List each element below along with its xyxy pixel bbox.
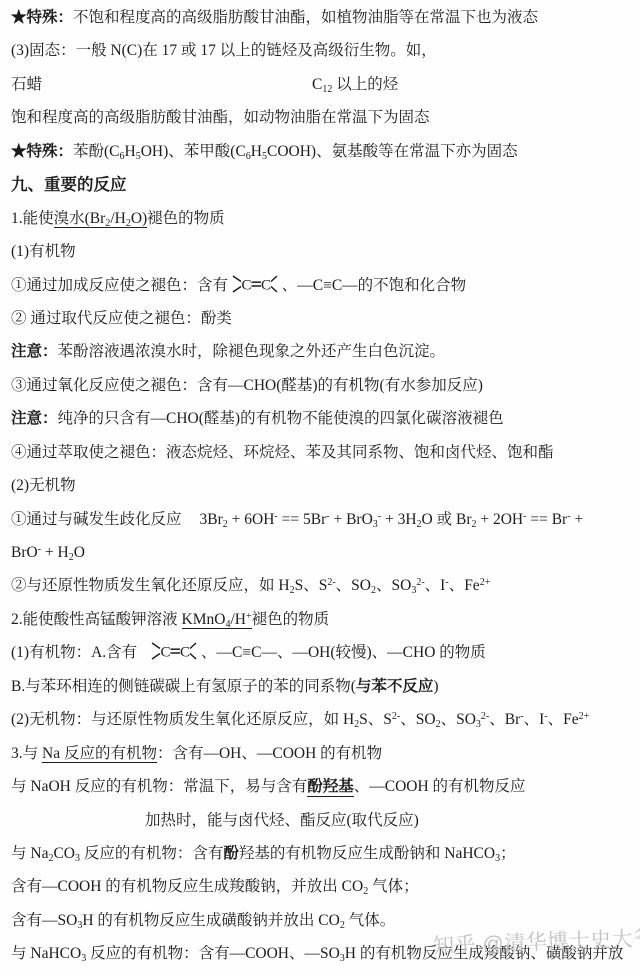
doc-line: 1.能使溴水(Br2/H2O)褪色的物质 [11, 202, 636, 235]
text-segment: 2+ [480, 577, 491, 588]
underlined-text: Na 反应的有机物 [42, 745, 157, 764]
text-segment: 2- [416, 577, 424, 588]
text-segment: + BrO [330, 511, 373, 528]
text-segment: 、Fe [449, 577, 480, 594]
doc-line: (2)无机物：与还原性物质发生氧化还原反应，如 H2S、S2-、SO2、SO32… [11, 703, 636, 736]
text-segment: /H [230, 611, 246, 628]
doc-line: B.与苯环相连的侧链碳碳上有氢原子的苯的同系物(与苯不反应) [11, 670, 636, 703]
text-segment: 苯酚(C [73, 143, 120, 160]
text-segment: 注意： [11, 343, 58, 360]
text-segment: + 6OH [228, 511, 275, 528]
text-segment: == Br [526, 511, 567, 528]
text-segment: /H [110, 210, 126, 227]
spacer [42, 88, 312, 89]
text-segment: ③通过氧化反应使之褪色：含有—CHO(醛基)的有机物(有水参加反应) [11, 377, 483, 394]
doc-line: ④通过萃取使之褪色：液态烷烃、环烷烃、苯及其同系物、饱和卤代烃、饱和酯 [11, 436, 636, 469]
text-segment: (1)有机物：A.含有 [11, 644, 137, 661]
text-segment: (2)无机物：与还原性物质发生氧化还原反应，如 H [11, 711, 354, 728]
doc-line: 注意：苯酚溶液遇浓溴水时，除褪色现象之外还产生白色沉淀。 [11, 335, 636, 368]
text-segment: 九、重要的反应 [11, 175, 127, 194]
text-segment: 气体。 [345, 912, 395, 929]
doc-line: ①通过加成反应使之褪色：含有 CC 、—C≡C—的不饱和化合物 [11, 269, 636, 302]
document-page: ★特殊：不饱和程度高的高级脂肪酸甘油酯，如植物油脂等在常温下也为液态(3)固态：… [0, 0, 640, 976]
text-segment: 、SO [400, 711, 435, 728]
doc-line: 含有—SO3H 的有机物反应生成磺酸钠并放出 CO2 气体。 [11, 904, 636, 937]
document-content: ★特殊：不饱和程度高的高级脂肪酸甘油酯，如植物油脂等在常温下也为液态(3)固态：… [11, 1, 636, 971]
text-segment: ②与还原性物质发生氧化还原反应，如 H [11, 577, 290, 594]
text-segment: ①通过与碱发生歧化反应 [11, 511, 182, 528]
text-segment: + [571, 511, 584, 528]
text-segment: 加热时，能与卤代烃、酯反应(取代反应) [145, 812, 419, 829]
text-segment: CO [53, 845, 75, 862]
text-segment: H 的有机物反应生成磺酸钠并放出 CO [82, 912, 339, 929]
doc-line: 加热时，能与卤代烃、酯反应(取代反应) [11, 804, 636, 837]
text-segment: 与 NaOH 反应的有机物：常温下，易与含有 [11, 778, 307, 795]
spacer [182, 523, 200, 524]
svg-text:C: C [241, 277, 251, 293]
text-segment: ) [433, 678, 438, 695]
text-segment: ★特殊： [11, 143, 73, 160]
doc-line: 石蜡C12 以上的烃 [11, 68, 636, 101]
text-segment: O) [131, 210, 147, 227]
doc-line: (1)有机物 [11, 235, 636, 268]
text-segment: COOH)、氨基酸等在常温下亦为固态 [267, 143, 518, 160]
doc-line: 与 NaHCO3 反应的有机物：含有—COOH、—SO3H 的有机物反应生成羧酸… [11, 937, 636, 970]
doc-line: 含有—COOH 的有机物反应生成羧酸钠，并放出 CO2 气体； [11, 870, 636, 903]
text-segment: 气体； [368, 878, 418, 895]
text-segment: H 的有机物反应生成羧酸钠、磺酸钠并放 [345, 945, 624, 962]
text-segment: 饱和程度高的高级脂肪酸甘油酯，如动物油脂在常温下为固态 [11, 109, 430, 126]
text-segment: ①通过加成反应使之褪色：含有 [11, 277, 232, 294]
text-segment: ④通过萃取使之褪色：液态烷烃、环烷烃、苯及其同系物、饱和卤代烃、饱和酯 [11, 444, 554, 461]
text-segment: 羟基的有机物反应生成酚钠和 NaHCO [239, 845, 495, 862]
text-segment: (3)固态：一般 N(C)在 17 或 17 以上的链烃及高级衍生物。如， [11, 42, 437, 59]
text-segment: 2+ [579, 711, 590, 722]
svg-text:C: C [180, 645, 190, 661]
text-segment: 12 [322, 84, 332, 95]
text-segment: 、SO [441, 711, 476, 728]
text-segment: + H [41, 544, 69, 561]
text-segment: 3.与 [11, 745, 42, 762]
doc-line: (1)有机物：A.含有CC 、—C≡C—、—OH(较慢)、—CHO 的物质 [11, 636, 636, 669]
text-segment: 2- [481, 711, 489, 722]
text-segment: ② 通过取代反应使之褪色：酚类 [11, 310, 232, 327]
text-segment: 褪色的物质 [252, 611, 330, 628]
section-heading: 九、重要的反应 [11, 168, 636, 201]
doc-line: BrO- + H2O [11, 536, 636, 569]
svg-text:C: C [161, 645, 171, 661]
doc-line: (2)无机物 [11, 469, 636, 502]
doc-line: ★特殊：苯酚(C6H5OH)、苯甲酸(C6H5COOH)、氨基酸等在常温下亦为固… [11, 135, 636, 168]
text-segment: 注意： [11, 410, 58, 427]
text-segment: 、I [524, 711, 545, 728]
text-segment: 纯净的只含有—CHO(醛基)的有机物不能使溴的四氯化碳溶液褪色 [58, 410, 504, 427]
text-segment: 、SO [376, 577, 411, 594]
doc-line: ②与还原性物质发生氧化还原反应，如 H2S、S2-、SO2、SO32-、I-、F… [11, 569, 636, 602]
doc-line: ③通过氧化反应使之褪色：含有—CHO(醛基)的有机物(有水参加反应) [11, 369, 636, 402]
text-segment: S、S [295, 577, 328, 594]
text-segment: + 3H [381, 511, 416, 528]
doc-line: 饱和程度高的高级脂肪酸甘油酯，如动物油脂在常温下为固态 [11, 101, 636, 134]
doc-line: ①通过与碱发生歧化反应3Br2 + 6OH- == 5Br- + BrO3- +… [11, 503, 636, 536]
doc-line: 3.与 Na 反应的有机物：含有—OH、—COOH 的有机物 [11, 737, 636, 770]
text-segment: 、SO [336, 577, 371, 594]
alkene-structure-icon: CC [151, 640, 197, 662]
underlined-text: KMnO4/H+ [182, 611, 252, 630]
svg-text:C: C [261, 277, 271, 293]
text-segment: BrO [11, 544, 38, 561]
text-segment: 、I [425, 577, 446, 594]
text-segment: == 5Br [278, 511, 326, 528]
text-segment: C [312, 76, 322, 93]
text-segment: 反应的有机物：含有 [80, 845, 223, 862]
text-segment: 不饱和程度高的高级脂肪酸甘油酯，如植物油脂等在常温下也为液态 [73, 9, 538, 26]
text-segment: 酚 [223, 845, 239, 862]
text-segment: 与苯不反应 [356, 678, 434, 695]
text-segment: 与 NaHCO [11, 945, 81, 962]
text-segment: ； [500, 845, 516, 862]
text-segment: 2- [392, 711, 400, 722]
text-segment: OH)、苯甲酸(C [141, 143, 246, 160]
alkene-structure-icon: CC [232, 273, 278, 295]
text-segment: KMnO [182, 611, 226, 628]
text-segment: 含有—SO [11, 912, 77, 929]
doc-line: (3)固态：一般 N(C)在 17 或 17 以上的链烃及高级衍生物。如， [11, 34, 636, 67]
doc-line: 与 Na2CO3 反应的有机物：含有酚羟基的有机物反应生成酚钠和 NaHCO3； [11, 837, 636, 870]
text-segment: 与 Na [11, 845, 48, 862]
text-segment: 、—C≡C—的不饱和化合物 [278, 277, 466, 294]
text-segment: 、—C≡C—、—OH(较慢)、—CHO 的物质 [197, 644, 486, 661]
text-segment: O [74, 544, 85, 561]
doc-line: ★特殊：不饱和程度高的高级脂肪酸甘油酯，如植物油脂等在常温下也为液态 [11, 1, 636, 34]
text-segment: 苯酚溶液遇浓溴水时，除褪色现象之外还产生白色沉淀。 [58, 343, 446, 360]
text-segment: + 2OH [477, 511, 524, 528]
text-segment: 1.能使 [11, 210, 54, 227]
text-segment: 、Fe [548, 711, 579, 728]
text-segment: ★特殊： [11, 9, 73, 26]
text-segment: H [125, 143, 136, 160]
text-segment: (1)有机物 [11, 243, 76, 260]
text-segment: 、Br [489, 711, 520, 728]
doc-line: 注意：纯净的只含有—CHO(醛基)的有机物不能使溴的四氯化碳溶液褪色 [11, 402, 636, 435]
text-segment: 、—COOH 的有机物反应 [354, 778, 526, 795]
doc-line: ② 通过取代反应使之褪色：酚类 [11, 302, 636, 335]
text-segment: 2.能使酸性高锰酸钾溶液 [11, 611, 182, 628]
text-segment: 含有—COOH 的有机物反应生成羧酸钠，并放出 CO [11, 878, 363, 895]
text-segment: B.与苯环相连的侧链碳碳上有氢原子的苯的同系物( [11, 678, 356, 695]
doc-line: 2.能使酸性高锰酸钾溶液 KMnO4/H+褪色的物质 [11, 603, 636, 636]
text-segment: S、S [359, 711, 392, 728]
text-segment: ：含有—OH、—COOH 的有机物 [157, 745, 382, 762]
underlined-text: 酚羟基 [307, 778, 354, 797]
text-segment: 褪色的物质 [147, 210, 225, 227]
text-segment: 反应的有机物：含有—COOH、—SO [86, 945, 340, 962]
underlined-text: 溴水(Br2/H2O) [54, 210, 148, 229]
text-segment: 以上的烃 [332, 76, 398, 93]
text-segment: (2)无机物 [11, 477, 76, 494]
text-segment: O 或 Br [422, 511, 472, 528]
text-segment: 3Br [200, 511, 223, 528]
spacer [137, 656, 151, 657]
text-segment: Na 反应的有机物 [42, 745, 157, 762]
doc-line: 与 NaOH 反应的有机物：常温下，易与含有酚羟基、—COOH 的有机物反应 [11, 770, 636, 803]
text-segment: 酚羟基 [307, 778, 354, 795]
text-segment: 石蜡 [11, 76, 42, 93]
text-segment: H [251, 143, 262, 160]
text-segment: 溴水(Br [54, 210, 106, 227]
text-segment: 2- [327, 577, 335, 588]
